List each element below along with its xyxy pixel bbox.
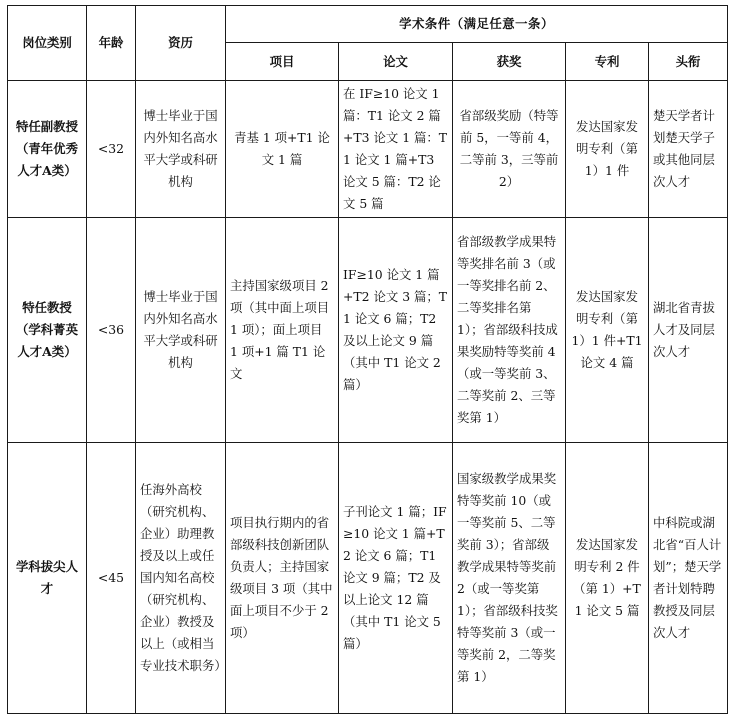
cell-title: 中科院或湖北省“百人计划”；楚天学者计划特聘教授及同层次人才: [649, 443, 728, 714]
cell-position: 特任教授（学科菁英人才A类）: [8, 218, 87, 443]
header-education: 资历: [136, 6, 226, 81]
cell-position: 学科拔尖人才: [8, 443, 87, 714]
cell-title: 楚天学者计划楚天学子或其他同层次人才: [649, 81, 728, 218]
cell-project: 青基 1 项+T1 论文 1 篇: [226, 81, 339, 218]
header-paper: 论文: [339, 43, 453, 81]
cell-patent: 发达国家发明专利 2 件（第 1）+T1 论文 5 篇: [566, 443, 649, 714]
cell-age: <36: [87, 218, 136, 443]
header-position: 岗位类别: [8, 6, 87, 81]
cell-project: 主持国家级项目 2 项（其中面上项目 1 项）；面上项目 1 项+1 篇 T1 …: [226, 218, 339, 443]
cell-paper: IF≥10 论文 1 篇+T2 论文 3 篇；T1 论文 6 篇；T2 及以上论…: [339, 218, 453, 443]
header-patent: 专利: [566, 43, 649, 81]
header-age: 年龄: [87, 6, 136, 81]
talent-requirements-table: 岗位类别 年龄 资历 学术条件（满足任意一条） 项目 论文 获奖 专利 头衔 特…: [7, 5, 728, 714]
cell-education: 博士毕业于国内外知名高水平大学或科研机构: [136, 218, 226, 443]
header-title: 头衔: [649, 43, 728, 81]
cell-age: <45: [87, 443, 136, 714]
cell-award: 省部级教学成果特等奖排名前 3（或一等奖排名前 2、二等奖排名第 1）；省部级科…: [453, 218, 566, 443]
cell-patent: 发达国家发明专利（第 1）1 件+T1 论文 4 篇: [566, 218, 649, 443]
cell-project: 项目执行期内的省部级科技创新团队负责人；主持国家级项目 3 项（其中面上项目不少…: [226, 443, 339, 714]
cell-award: 国家级教学成果奖特等奖前 10（或一等奖前 5、二等奖前 3）；省部级教学成果特…: [453, 443, 566, 714]
cell-education: 任海外高校（研究机构、企业）助理教授及以上或任国内知名高校（研究机构、企业）教授…: [136, 443, 226, 714]
header-academic-conditions: 学术条件（满足任意一条）: [226, 6, 728, 43]
table-row: 学科拔尖人才 <45 任海外高校（研究机构、企业）助理教授及以上或任国内知名高校…: [8, 443, 728, 714]
cell-title: 湖北省青拔人才及同层次人才: [649, 218, 728, 443]
cell-position: 特任副教授（青年优秀人才A类）: [8, 81, 87, 218]
header-row-top: 岗位类别 年龄 资历 学术条件（满足任意一条）: [8, 6, 728, 43]
table-row: 特任副教授（青年优秀人才A类） <32 博士毕业于国内外知名高水平大学或科研机构…: [8, 81, 728, 218]
cell-age: <32: [87, 81, 136, 218]
cell-patent: 发达国家发明专利（第 1）1 件: [566, 81, 649, 218]
header-award: 获奖: [453, 43, 566, 81]
cell-paper: 子刊论文 1 篇；IF≥10 论文 1 篇+T2 论文 6 篇；T1 论文 9 …: [339, 443, 453, 714]
table-row: 特任教授（学科菁英人才A类） <36 博士毕业于国内外知名高水平大学或科研机构 …: [8, 218, 728, 443]
cell-award: 省部级奖励（特等前 5，一等前 4，二等前 3，三等前 2）: [453, 81, 566, 218]
header-project: 项目: [226, 43, 339, 81]
cell-paper: 在 IF≥10 论文 1 篇：T1 论文 2 篇+T3 论文 1 篇：T1 论文…: [339, 81, 453, 218]
cell-education: 博士毕业于国内外知名高水平大学或科研机构: [136, 81, 226, 218]
